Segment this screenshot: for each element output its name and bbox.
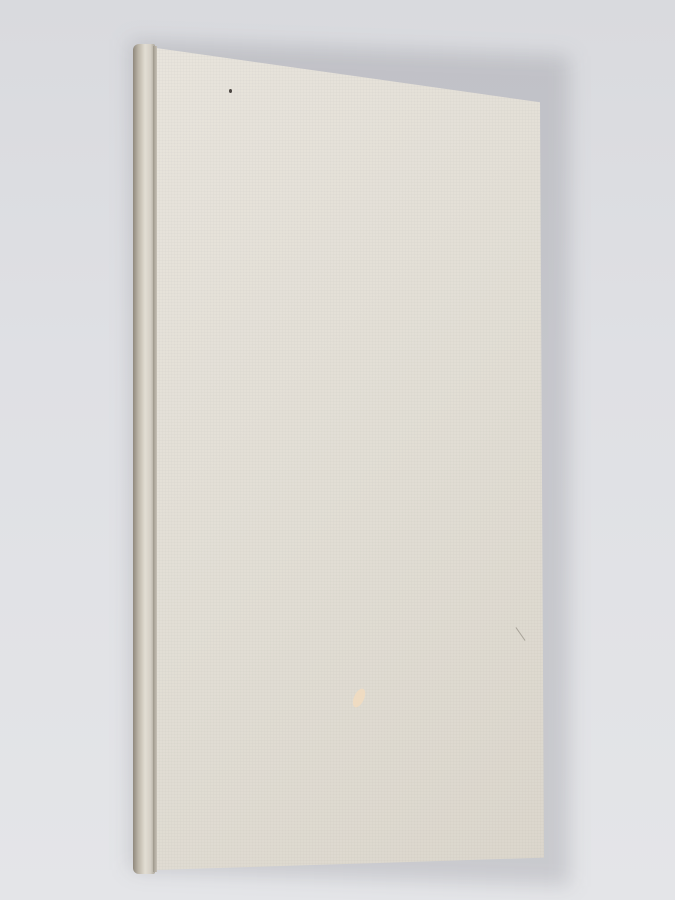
book-cover <box>156 48 556 870</box>
spine-hinge-groove <box>153 46 157 872</box>
spine-text <box>136 130 146 730</box>
cover-spot <box>229 89 232 93</box>
book <box>0 0 675 900</box>
